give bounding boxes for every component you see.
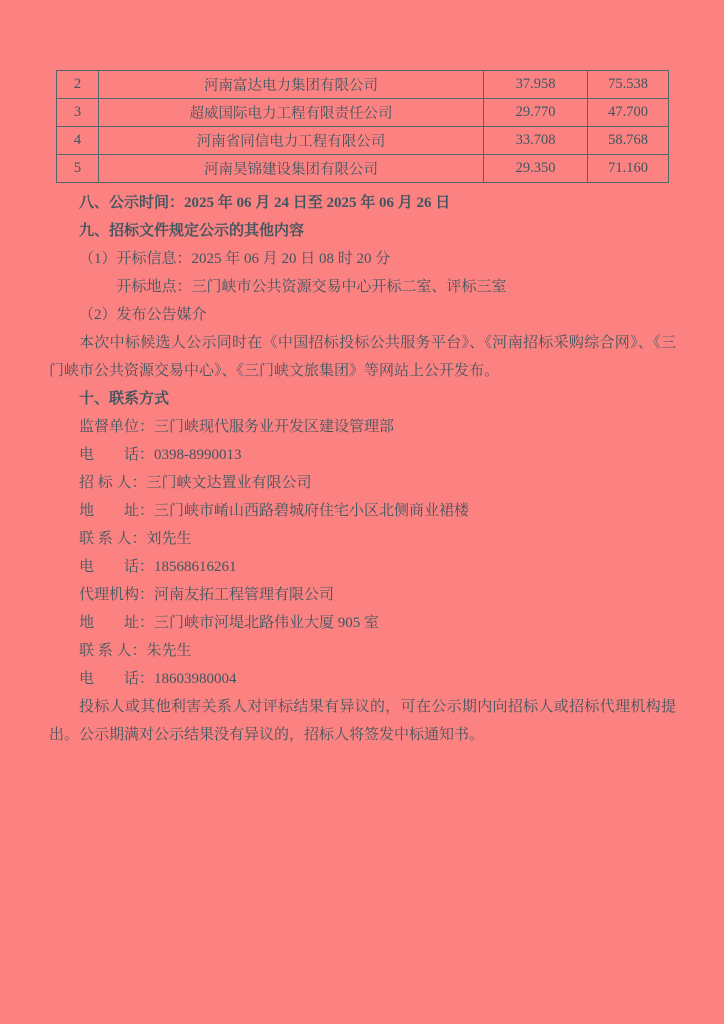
announcement-body: 八、公示时间：2025 年 06 月 24 日至 2025 年 06 月 26 …	[49, 189, 676, 749]
company-name: 超威国际电力工程有限责任公司	[99, 99, 484, 127]
value-1: 29.770	[484, 99, 588, 127]
agency-phone: 电 话：18603980004	[49, 665, 676, 693]
row-number: 2	[57, 71, 99, 99]
media-body: 本次中标候选人公示同时在《中国招标投标公共服务平台》、《河南招标采购综合网》、《…	[49, 329, 676, 385]
table-row: 4 河南省同信电力工程有限公司 33.708 58.768	[57, 127, 669, 155]
bid-candidates-table: 2 河南富达电力集团有限公司 37.958 75.538 3 超威国际电力工程有…	[56, 70, 669, 183]
value-2: 58.768	[588, 127, 669, 155]
row-number: 5	[57, 155, 99, 183]
row-number: 3	[57, 99, 99, 127]
tenderee-address: 地 址：三门峡市崤山西路碧城府住宅小区北侧商业裙楼	[49, 497, 676, 525]
company-name: 河南省同信电力工程有限公司	[99, 127, 484, 155]
table-row: 3 超威国际电力工程有限责任公司 29.770 47.700	[57, 99, 669, 127]
bid-opening-info: （1）开标信息：2025 年 06 月 20 日 08 时 20 分	[49, 245, 676, 273]
agency-address: 地 址：三门峡市河堤北路伟业大厦 905 室	[49, 609, 676, 637]
section-contact: 十、联系方式	[49, 385, 676, 413]
value-1: 33.708	[484, 127, 588, 155]
media-heading: （2）发布公告媒介	[49, 301, 676, 329]
table-row: 2 河南富达电力集团有限公司 37.958 75.538	[57, 71, 669, 99]
value-2: 47.700	[588, 99, 669, 127]
section-other-content: 九、招标文件规定公示的其他内容	[49, 217, 676, 245]
tenderee-contact-person: 联 系 人：刘先生	[49, 525, 676, 553]
announcement-page: 2 河南富达电力集团有限公司 37.958 75.538 3 超威国际电力工程有…	[0, 0, 724, 1024]
company-name: 河南富达电力集团有限公司	[99, 71, 484, 99]
value-2: 75.538	[588, 71, 669, 99]
supervisor-phone: 电 话：0398-8990013	[49, 441, 676, 469]
objection-note: 投标人或其他利害关系人对评标结果有异议的，可在公示期内向招标人或招标代理机构提出…	[49, 693, 676, 749]
row-number: 4	[57, 127, 99, 155]
value-1: 29.350	[484, 155, 588, 183]
value-1: 37.958	[484, 71, 588, 99]
table-row: 5 河南昊锦建设集团有限公司 29.350 71.160	[57, 155, 669, 183]
bid-opening-place: 开标地点：三门峡市公共资源交易中心开标二室、评标三室	[49, 273, 676, 301]
value-2: 71.160	[588, 155, 669, 183]
section-publicity-period: 八、公示时间：2025 年 06 月 24 日至 2025 年 06 月 26 …	[49, 189, 676, 217]
supervisor-unit: 监督单位：三门峡现代服务业开发区建设管理部	[49, 413, 676, 441]
agency-name: 代理机构：河南友拓工程管理有限公司	[49, 581, 676, 609]
agency-contact-person: 联 系 人：朱先生	[49, 637, 676, 665]
tenderee-phone: 电 话：18568616261	[49, 553, 676, 581]
tenderee-name: 招 标 人：三门峡文达置业有限公司	[49, 469, 676, 497]
company-name: 河南昊锦建设集团有限公司	[99, 155, 484, 183]
